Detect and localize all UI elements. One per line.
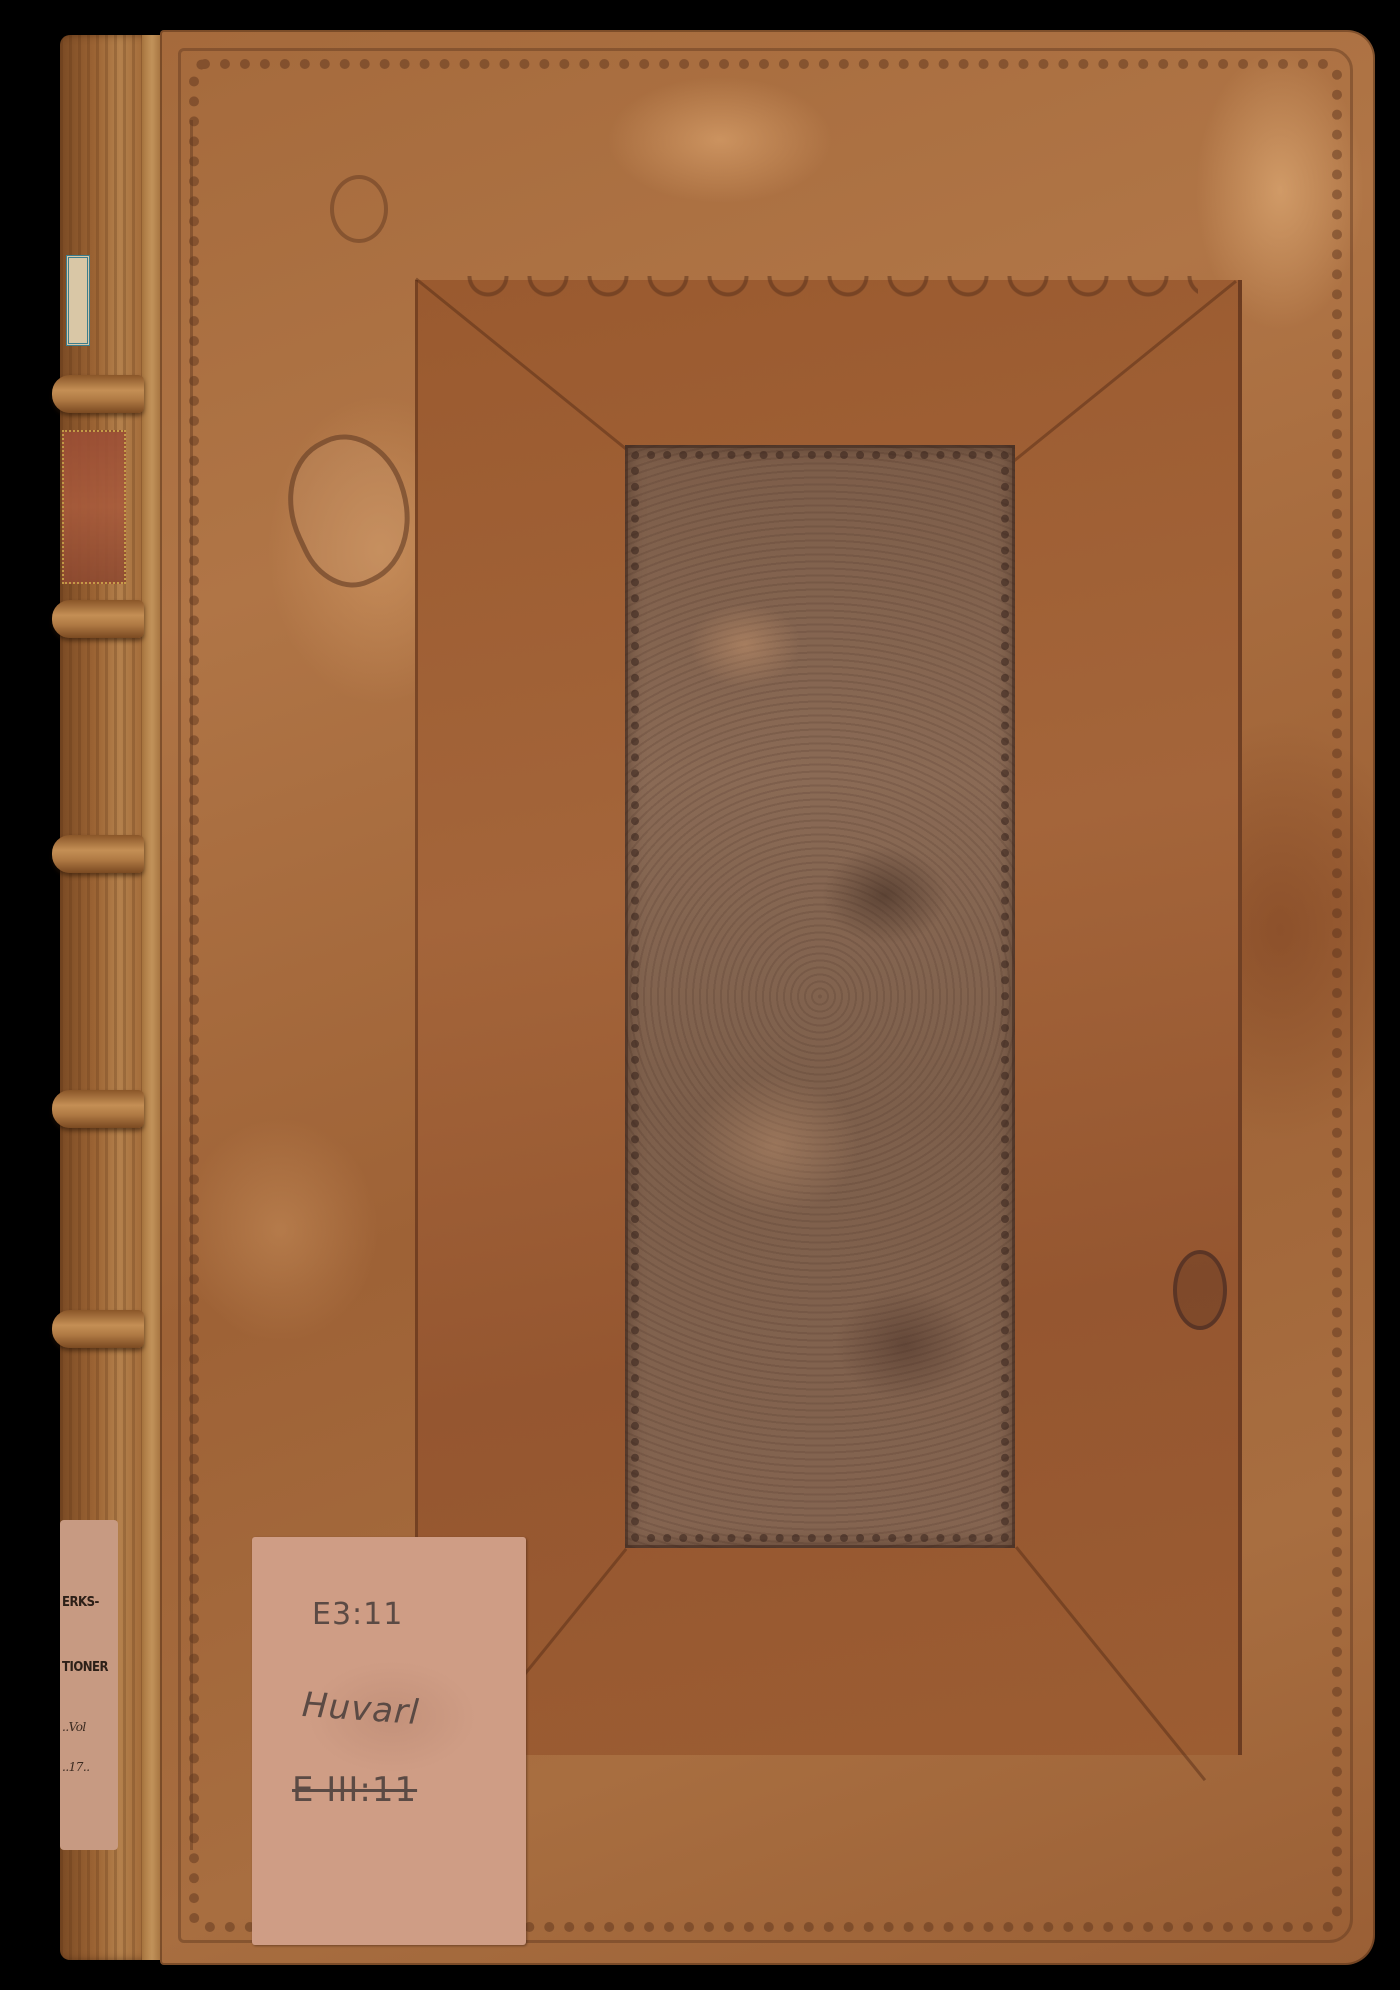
tooled-rule (190, 120, 193, 1850)
spine-title-label (62, 430, 126, 584)
spine-label-line3: ..Vol (62, 1720, 86, 1734)
spine-raised-band (52, 1310, 144, 1348)
label-struck-old-shelfmark: E III:11 (292, 1770, 417, 1810)
oval-blind-stamp (1173, 1250, 1227, 1330)
spine-label-line1: ERKS- (62, 1595, 99, 1610)
spine-raised-band (52, 600, 144, 638)
spine-raised-band (52, 375, 144, 413)
water-stain (330, 175, 388, 243)
label-handwritten-name: Huvarl (301, 1685, 421, 1733)
label-shelfmark: E3:11 (312, 1597, 403, 1632)
library-shelf-label: E3:11 Huvarl E III:11 (252, 1537, 526, 1945)
lace-tooled-border (631, 451, 1009, 1542)
scalloped-border (458, 276, 1198, 298)
front-cover: E3:11 Huvarl E III:11 (160, 30, 1375, 1965)
book: ERKS- TIONER ..Vol ..17.. E3:11 Huvarl E… (60, 30, 1375, 1965)
spine-paper-label: ERKS- TIONER ..Vol ..17.. (60, 1520, 118, 1850)
spine-label-line2: TIONER (62, 1660, 108, 1675)
spine-small-label (66, 255, 90, 346)
book-spine: ERKS- TIONER ..Vol ..17.. (60, 35, 160, 1960)
spine-raised-band (52, 835, 144, 873)
spine-label-line4: ..17.. (62, 1760, 90, 1774)
spine-raised-band (52, 1090, 144, 1128)
inner-marbled-panel (625, 445, 1015, 1548)
